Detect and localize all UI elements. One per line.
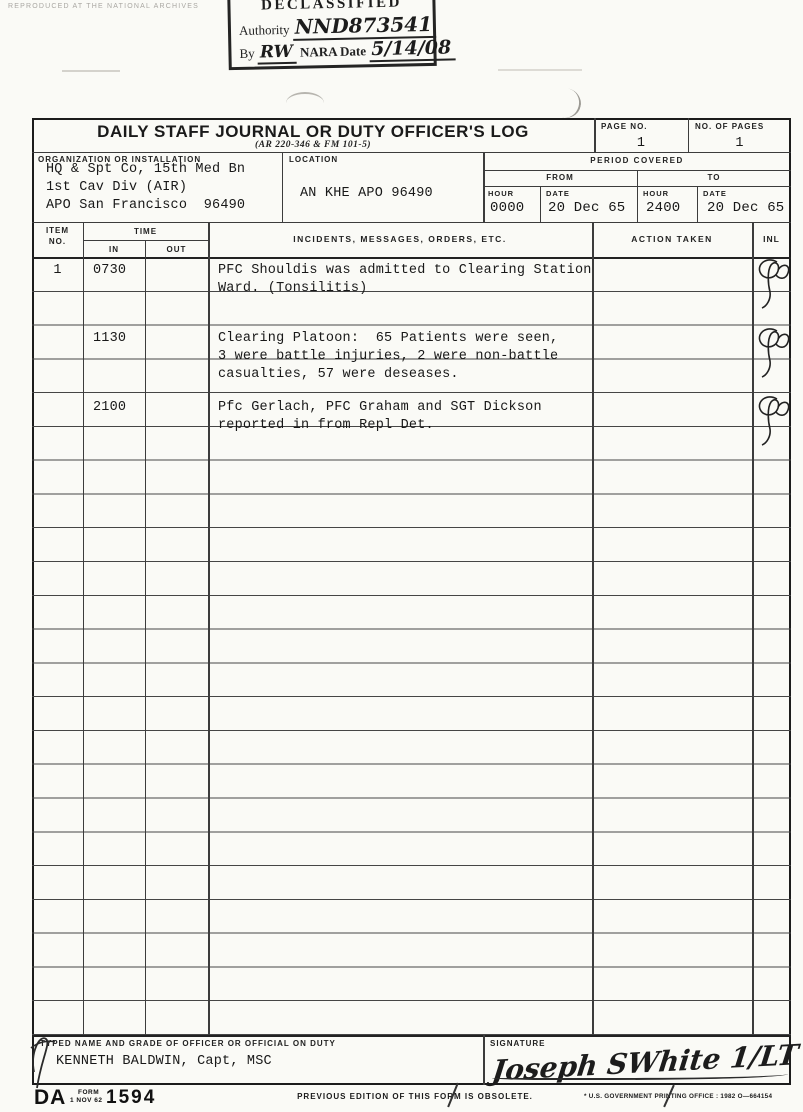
from-hour-value: 0000 bbox=[490, 199, 524, 218]
location-label: LOCATION bbox=[289, 155, 338, 164]
scan-artifact bbox=[498, 69, 582, 71]
grid-line bbox=[32, 1035, 791, 1037]
stamp-nara-label: NARA Date bbox=[300, 43, 366, 59]
entry-text-line: Pfc Gerlach, PFC Graham and SGT Dickson bbox=[218, 399, 542, 418]
entry-text-line: Clearing Platoon: 65 Patients were seen, bbox=[218, 330, 558, 349]
period-covered-label: PERIOD COVERED bbox=[483, 156, 791, 165]
to-hour-value: 2400 bbox=[646, 199, 680, 218]
from-hour-label: HOUR bbox=[488, 189, 514, 198]
action-taken-header: ACTION TAKEN bbox=[592, 234, 752, 244]
entry-time-in: 1130 bbox=[93, 330, 126, 349]
stamp-by-row: By RW NARA Date 5/14/08 bbox=[239, 37, 433, 63]
stamp-authority-label: Authority bbox=[239, 22, 290, 38]
grid-line bbox=[145, 240, 146, 1035]
entry-time-in: 2100 bbox=[93, 399, 126, 418]
time-out-header: OUT bbox=[145, 245, 208, 254]
page-no-value: 1 bbox=[594, 135, 688, 154]
from-date-label: DATE bbox=[546, 189, 570, 198]
archive-watermark: REPRODUCED AT THE NATIONAL ARCHIVES bbox=[8, 3, 199, 10]
entry-text-line: PFC Shouldis was admitted to Clearing St… bbox=[218, 262, 592, 281]
typed-name-label: TYPED NAME AND GRADE OF OFFICER OR OFFIC… bbox=[40, 1039, 336, 1048]
entry-initials-handwritten bbox=[754, 256, 792, 310]
period-to-label: TO bbox=[637, 173, 791, 182]
form-subtitle: (AR 220-346 & FM 101-5) bbox=[32, 140, 594, 150]
stamp-date-value: 5/14/08 bbox=[369, 36, 455, 62]
entry-text-line: casualties, 57 were deseases. bbox=[218, 366, 459, 385]
entry-text-line: Ward. (Tonsilitis) bbox=[218, 280, 367, 299]
location-value: AN KHE APO 96490 bbox=[300, 185, 433, 204]
typed-name-value: KENNETH BALDWIN, Capt, MSC bbox=[56, 1053, 272, 1072]
entry-initials-handwritten bbox=[754, 393, 792, 447]
signature-label: SIGNATURE bbox=[490, 1039, 546, 1048]
time-header: TIME bbox=[83, 227, 208, 236]
pages-value: 1 bbox=[688, 135, 791, 154]
grid-line bbox=[32, 152, 791, 153]
grid-line bbox=[483, 1035, 485, 1085]
grid-line bbox=[697, 186, 698, 222]
da-mark: DA bbox=[34, 1086, 66, 1110]
to-date-label: DATE bbox=[703, 189, 727, 198]
inl-header: INL bbox=[752, 234, 791, 244]
pages-label: NO. OF PAGES bbox=[695, 122, 764, 131]
entry-time-in: 0730 bbox=[93, 262, 126, 281]
stamp-by-label: By bbox=[239, 46, 254, 61]
grid-line bbox=[540, 186, 541, 222]
stamp-by-initials: RW bbox=[258, 42, 297, 65]
obsolete-note: PREVIOUS EDITION OF THIS FORM IS OBSOLET… bbox=[260, 1092, 570, 1101]
incidents-header: INCIDENTS, MESSAGES, ORDERS, ETC. bbox=[208, 234, 592, 244]
scan-artifact bbox=[62, 70, 120, 72]
stamp-authority-row: Authority NND873541 bbox=[239, 12, 433, 40]
form-title: DAILY STAFF JOURNAL OR DUTY OFFICER'S LO… bbox=[32, 122, 594, 142]
grid-line bbox=[32, 222, 791, 223]
time-in-header: IN bbox=[83, 245, 145, 254]
entry-item-no: 1 bbox=[32, 262, 83, 281]
organization-line-1: HQ & Spt Co, 15th Med Bn bbox=[46, 161, 245, 180]
period-from-label: FROM bbox=[483, 173, 637, 182]
grid-line bbox=[282, 152, 283, 222]
item-no-header: ITEM bbox=[32, 226, 83, 235]
declassified-stamp: DECLASSIFIED Authority NND873541 By RW N… bbox=[227, 0, 437, 70]
scanned-document-page: REPRODUCED AT THE NATIONAL ARCHIVES DECL… bbox=[0, 0, 803, 1112]
grid-line bbox=[637, 170, 638, 222]
form-number: 1594 bbox=[106, 1087, 156, 1109]
grid-line bbox=[592, 222, 594, 1035]
grid-line bbox=[83, 222, 84, 1035]
gpo-note: * U.S. GOVERNMENT PRINTING OFFICE : 1982… bbox=[584, 1093, 772, 1100]
organization-line-3: APO San Francisco 96490 bbox=[46, 197, 245, 216]
punch-hole-mark bbox=[286, 92, 324, 114]
item-no-header-2: NO. bbox=[32, 237, 83, 246]
page-no-label: PAGE NO. bbox=[601, 122, 648, 131]
entry-text-line: reported in from Repl Det. bbox=[218, 417, 434, 436]
entry-initials-handwritten bbox=[754, 325, 792, 379]
to-hour-label: HOUR bbox=[643, 189, 669, 198]
entry-text-line: 3 were battle injuries, 2 were non-battl… bbox=[218, 348, 558, 367]
form-word: FORM bbox=[78, 1089, 99, 1096]
handwritten-mark bbox=[28, 1030, 58, 1092]
to-date-value: 20 Dec 65 bbox=[707, 199, 784, 218]
form-date: 1 NOV 62 bbox=[70, 1097, 103, 1104]
grid-line bbox=[208, 222, 210, 1035]
organization-line-2: 1st Cav Div (AIR) bbox=[46, 179, 187, 198]
punch-hole-mark bbox=[546, 85, 584, 122]
from-date-value: 20 Dec 65 bbox=[548, 199, 625, 218]
